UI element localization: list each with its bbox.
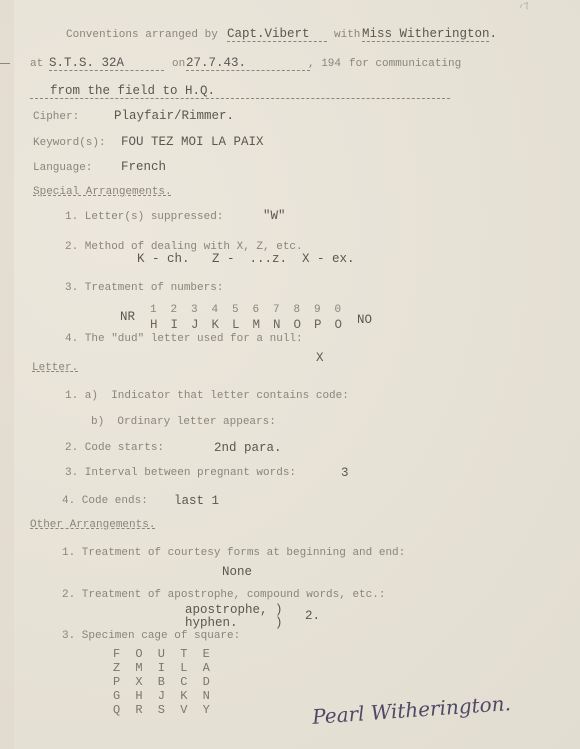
letter-item2-label: 2. Code starts: [65,442,164,454]
other-item2-value-b: hyphen. ) [185,616,283,630]
margin-mark [0,63,10,64]
square-row: G H J K N [113,689,214,703]
number-digit: 2 [171,304,178,316]
year-suffix: , 194 [308,58,341,70]
number-digit: 3 [191,304,198,316]
with-whom: Miss Witherington. [362,27,489,42]
arranged-by: Capt.Vibert [227,27,327,42]
language-value: French [121,160,166,174]
other-item2-label: 2. Treatment of apostrophe, compound wor… [62,589,385,601]
number-digit: 8 [294,304,301,316]
specimen-square: F O U T E Z M I L A P X B C D G H J K N … [113,647,214,717]
number-digit: 5 [232,304,239,316]
number-letter: O [294,318,302,332]
letter-item1b-label: b) Ordinary letter appears: [91,416,276,428]
numbers-suffix: NO [357,313,372,327]
letter-heading: Letter. [32,362,78,374]
number-letter: O [335,318,343,332]
keyword-label: Keyword(s): [33,137,106,149]
number-digit: 7 [273,304,280,316]
number-letter: P [314,318,322,332]
other-item3-label: 3. Specimen cage of square: [62,630,240,642]
header-prefix: Conventions arranged by [66,29,218,41]
letter-item3-value: 3 [341,466,349,480]
number-letter: H [150,318,158,332]
at-label: at [30,58,43,70]
letter-item4-value: last 1 [174,494,219,508]
special-item4-label: 4. The "dud" letter used for a null: [65,333,303,345]
number-digit: 4 [212,304,219,316]
letter-item2-value: 2nd para. [214,441,282,455]
direction: from the field to H.Q. [30,84,450,99]
location: S.T.S. 32A [49,56,164,71]
special-item3-label: 3. Treatment of numbers: [65,282,223,294]
other-heading: Other Arrangements. [30,519,155,531]
on-label: on [172,58,185,70]
special-item1-value: "W" [263,209,286,223]
number-letter: M [253,318,261,332]
other-item1-label: 1. Treatment of courtesy forms at beginn… [62,547,405,559]
special-item1-label: 1. Letter(s) suppressed: [65,211,223,223]
square-row: Q R S V Y [113,703,214,717]
number-letter: L [232,318,240,332]
signature: Pearl Witherington. [311,691,511,729]
other-item2-value-a: apostrophe, ) [185,603,283,617]
letter-item4-label: 4. Code ends: [62,495,148,507]
number-digit: 9 [314,304,321,316]
language-label: Language: [33,162,92,174]
number-letter: N [273,318,281,332]
special-item4-value: X [316,351,324,365]
paper-edge [0,0,14,749]
square-row: F O U T E [113,647,214,661]
cipher-value: Playfair/Rimmer. [114,109,234,123]
letter-item3-label: 3. Interval between pregnant words: [65,467,296,479]
letter-item1a-label: 1. a) Indicator that letter contains cod… [65,390,349,402]
special-heading: Special Arrangements. [33,186,172,198]
corner-annotation: ᐟ7 [518,1,532,16]
date: 27.7.43. [186,56,310,71]
number-letter: J [191,318,199,332]
numbers-prefix: NR [120,310,135,324]
number-digit: 0 [335,304,342,316]
other-item1-value: None [222,565,252,579]
number-digit: 1 [150,304,157,316]
keyword-value: FOU TEZ MOI LA PAIX [121,135,264,149]
square-row: P X B C D [113,675,214,689]
number-digit: 6 [253,304,260,316]
number-letter: K [212,318,220,332]
square-row: Z M I L A [113,661,214,675]
for-label: for communicating [349,58,461,70]
with-label: with [334,29,360,41]
number-letter: I [171,318,179,332]
special-item2-value: K - ch. Z - ...z. X - ex. [137,252,355,266]
other-item2-value-c: 2. [305,609,320,623]
cipher-label: Cipher: [33,111,79,123]
